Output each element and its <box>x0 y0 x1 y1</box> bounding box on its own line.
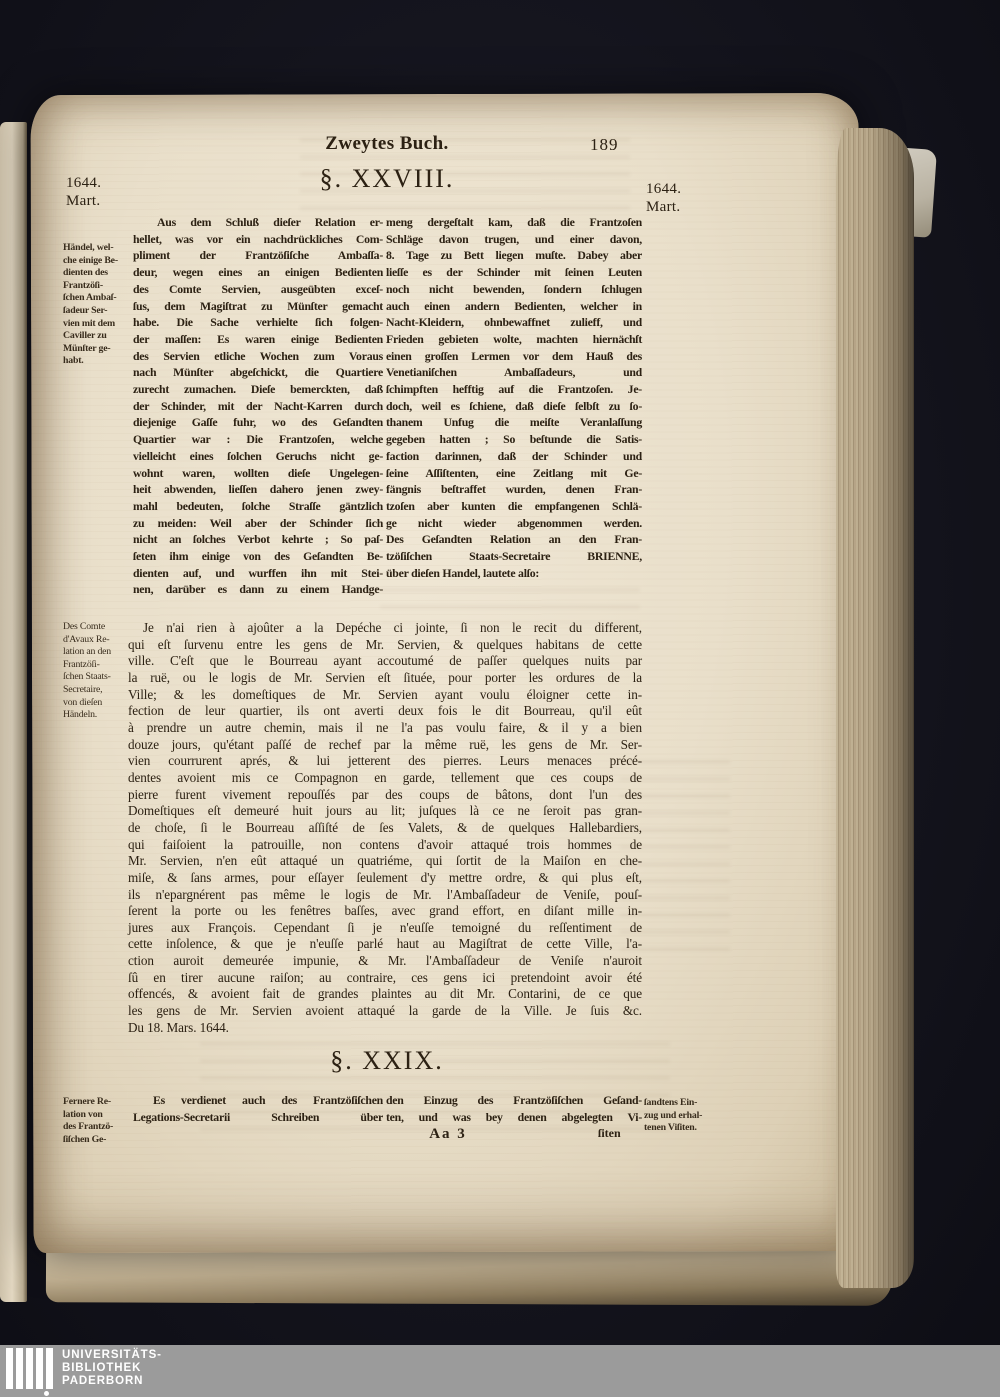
margin-date-right: 1644.Mart. <box>646 181 681 216</box>
margin-note-einzug-visiten: ſandtens Ein-zug und erhal-tenen Viſiten… <box>644 1097 716 1135</box>
library-name: UNIVERSITÄTS-BIBLIOTHEKPADERBORN <box>62 1349 162 1389</box>
opposite-page-edge <box>0 122 27 1302</box>
section-heading-xxix: §. XXIX. <box>267 1046 507 1076</box>
margin-date-left: 1644.Mart. <box>66 175 101 210</box>
catchword: ſiten <box>598 1126 621 1141</box>
margin-note-avaux-relation: Des Comted'Avaux Re-lation an denFrantzö… <box>63 621 135 722</box>
margin-note-fernere-relation: Fernere Re-lation vondes Frantzö-ſiſchen… <box>63 1096 135 1146</box>
running-header: Zweytes Buch. <box>262 133 512 155</box>
column-left-xxviii: Aus dem Schluß dieſer Relation er-hellet… <box>133 214 383 598</box>
column-right-xxviii: meng dergeſtalt kam, daß die FrantzoſenS… <box>386 214 642 581</box>
column-right-xxix: den Einzug des Frantzöſiſchen Geſand-ten… <box>386 1092 642 1125</box>
photo-background: Zweytes Buch. 189 §. XXVIII. 1644.Mart. … <box>0 0 1000 1397</box>
margin-note-haendel: Händel, wel-che einige Be-dienten desFra… <box>63 242 135 368</box>
french-letter-text: Je n'ai rien à ajoûter a la Depéche ci j… <box>128 620 642 1036</box>
page-number: 189 <box>590 135 619 155</box>
column-left-xxix: Es verdienet auch des FrantzöſiſchenLega… <box>133 1092 383 1125</box>
section-heading-xxviii: §. XXVIII. <box>267 164 507 194</box>
library-watermark-bar: UNIVERSITÄTS-BIBLIOTHEKPADERBORN <box>0 1345 1000 1397</box>
quire-signature: Aa 3 <box>418 1126 478 1143</box>
book-fore-edge <box>836 128 914 1288</box>
